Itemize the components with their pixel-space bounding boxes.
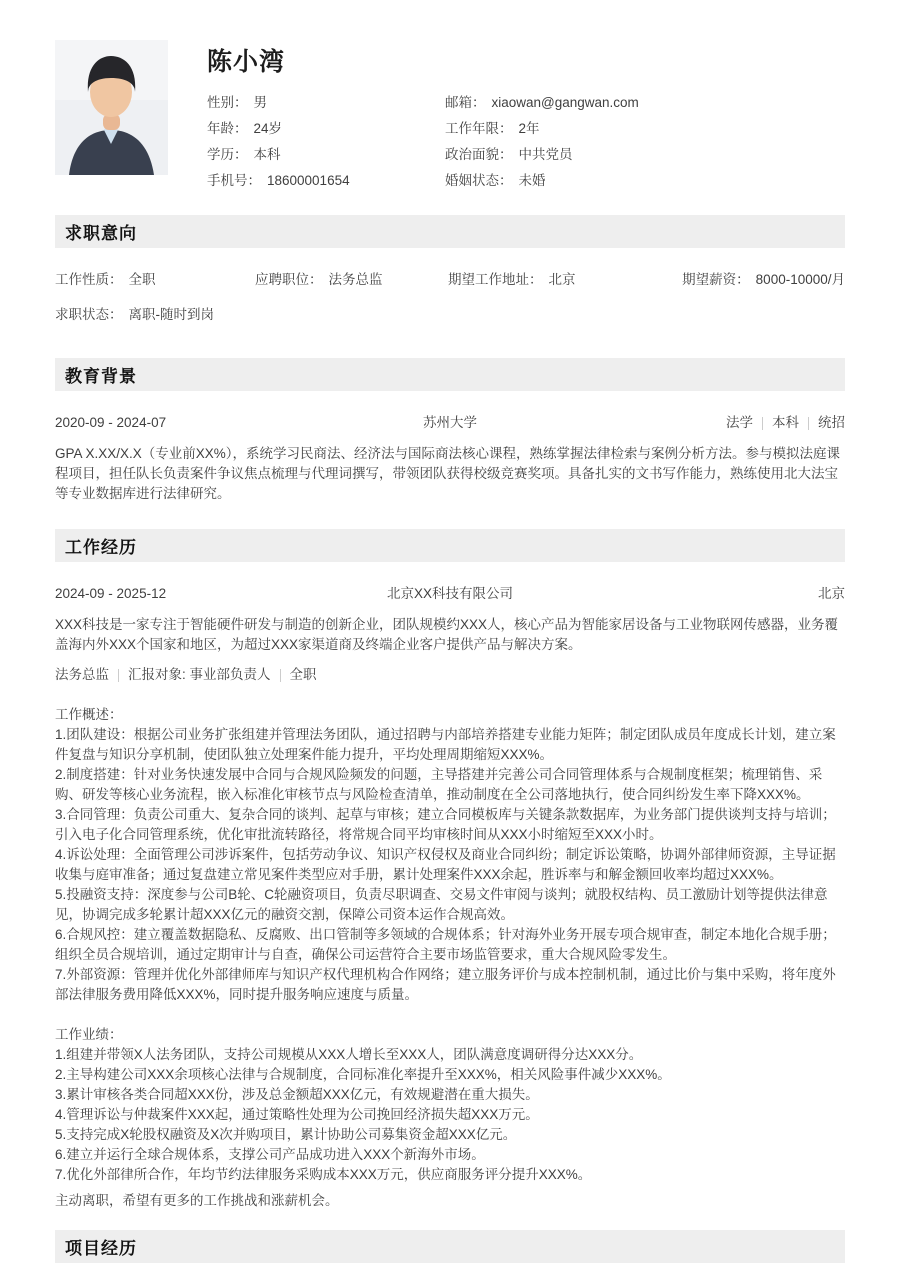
header-info: 陈小湾 性别：男 年龄：24岁 学历：本科 手机号：18600001654 邮箱… <box>207 40 845 190</box>
work-achievement-item: 6.建立并运行全球合规体系，支撑公司产品成功进入XXX个新海外市场。 <box>55 1145 845 1165</box>
work-achievement-item: 3.累计审核各类合同超XXX份，涉及总金额超XXX亿元，有效规避潜在重大损失。 <box>55 1085 845 1105</box>
education-description: GPA X.XX/X.X（专业前XX%），系统学习民商法、经济法与国际商法核心课… <box>55 444 845 504</box>
education-period: 2020-09 - 2024-07 <box>55 414 280 432</box>
info-email: 邮箱：xiaowan@gangwan.com <box>445 94 845 112</box>
info-label: 性别： <box>207 94 248 112</box>
header: 陈小湾 性别：男 年龄：24岁 学历：本科 手机号：18600001654 邮箱… <box>55 40 845 190</box>
info-label: 期望薪资： <box>682 271 750 289</box>
work-overview-item: 2.制度搭建：针对业务快速发展中合同与合规风险频发的问题，主导搭建并完善公司合同… <box>55 765 845 805</box>
work-achievement-item: 2.主导构建公司XXX余项核心法律与合规制度，合同标准化率提升至XXX%，相关风… <box>55 1065 845 1085</box>
basic-info-grid: 性别：男 年龄：24岁 学历：本科 手机号：18600001654 邮箱：xia… <box>207 94 845 190</box>
info-value: 2年 <box>519 120 540 138</box>
section-header-work: 工作经历 <box>55 529 845 562</box>
work-period: 2024-09 - 2025-12 <box>55 585 280 603</box>
work-achievement-item: 7.优化外部律所合作，年均节约法律服务采购成本XXX万元，供应商服务评分提升XX… <box>55 1165 845 1185</box>
info-gender: 性别：男 <box>207 94 445 112</box>
info-value: 北京 <box>549 271 576 289</box>
education-school: 苏州大学 <box>280 414 620 432</box>
divider <box>762 417 763 430</box>
info-label: 手机号： <box>207 172 261 190</box>
info-value: 本科 <box>254 146 281 164</box>
info-label: 年龄： <box>207 120 248 138</box>
target-position: 应聘职位：法务总监 <box>255 271 448 289</box>
work-company: 北京XX科技有限公司 <box>280 585 620 603</box>
info-label: 学历： <box>207 146 248 164</box>
section-header-project: 项目经历 <box>55 1230 845 1263</box>
work-meta-row: 2024-09 - 2025-12 北京XX科技有限公司 北京 <box>55 585 845 603</box>
job-intention-row-2: 求职状态：离职-随时到岗 <box>55 306 845 324</box>
education-degree: 本科 <box>772 414 799 432</box>
info-label: 工作性质： <box>55 271 123 289</box>
candidate-name: 陈小湾 <box>207 42 845 78</box>
work-location: 北京 <box>620 585 845 603</box>
divider <box>280 669 281 682</box>
work-overview-item: 6.合规风控：建立覆盖数据隐私、反腐败、出口管制等多领域的合规体系；针对海外业务… <box>55 925 845 965</box>
basic-info-right: 邮箱：xiaowan@gangwan.com 工作年限：2年 政治面貌：中共党员… <box>445 94 845 190</box>
section-title: 项目经历 <box>65 1234 137 1259</box>
info-degree: 学历：本科 <box>207 146 445 164</box>
education-major: 法学 <box>726 414 753 432</box>
info-label: 婚姻状态： <box>445 172 513 190</box>
work-achievement-item: 1.组建并带领X人法务团队，支持公司规模从XXX人增长至XXX人，团队满意度调研… <box>55 1045 845 1065</box>
work-overview-item: 7.外部资源：管理并优化外部律师库与知识产权代理机构合作网络；建立服务评价与成本… <box>55 965 845 1005</box>
section-header-job-intention: 求职意向 <box>55 215 845 248</box>
info-work-years: 工作年限：2年 <box>445 120 845 138</box>
education-meta-row: 2020-09 - 2024-07 苏州大学 法学 本科 统招 <box>55 414 845 432</box>
section-title: 工作经历 <box>65 533 137 558</box>
info-value: 全职 <box>129 271 156 289</box>
work-employment-type: 全职 <box>290 665 317 685</box>
info-label: 求职状态： <box>55 307 123 322</box>
divider <box>118 669 119 682</box>
work-overview-item: 5.投融资支持：深度参与公司B轮、C轮融资项目，负责尽职调查、交易文件审阅与谈判… <box>55 885 845 925</box>
work-achievement-label: 工作业绩： <box>55 1025 845 1045</box>
education-tags: 法学 本科 统招 <box>620 414 845 432</box>
info-value: 中共党员 <box>519 146 573 164</box>
info-value: 8000-10000/月 <box>756 271 845 289</box>
section-title: 求职意向 <box>65 219 137 244</box>
person-portrait-image <box>55 40 168 175</box>
section-title: 教育背景 <box>65 362 137 387</box>
work-overview-item: 3.合同管理：负责公司重大、复杂合同的谈判、起草与审核；建立合同模板库与关键条款… <box>55 805 845 845</box>
company-intro: XXX科技是一家专注于智能硬件研发与制造的创新企业，团队规模约XXX人，核心产品… <box>55 615 845 655</box>
work-overview-item: 1.团队建设：根据公司业务扩张组建并管理法务团队，通过招聘与内部培养搭建专业能力… <box>55 725 845 765</box>
info-value: 男 <box>254 94 268 112</box>
spacer <box>55 1005 845 1025</box>
info-label: 政治面貌： <box>445 146 513 164</box>
expected-salary: 期望薪资：8000-10000/月 <box>682 271 845 289</box>
education-enrollment-type: 统招 <box>818 414 845 432</box>
info-value: 离职-随时到岗 <box>129 307 215 322</box>
resume-page: 陈小湾 性别：男 年龄：24岁 学历：本科 手机号：18600001654 邮箱… <box>0 0 900 1275</box>
basic-info-left: 性别：男 年龄：24岁 学历：本科 手机号：18600001654 <box>207 94 445 190</box>
info-value: 24岁 <box>254 120 283 138</box>
info-label: 期望工作地址： <box>448 271 543 289</box>
work-overview-label: 工作概述： <box>55 705 845 725</box>
info-political-status: 政治面貌：中共党员 <box>445 146 845 164</box>
profile-photo <box>55 40 168 175</box>
work-overview-item: 4.诉讼处理：全面管理公司涉诉案件，包括劳动争议、知识产权侵权及商业合同纠纷；制… <box>55 845 845 885</box>
work-role-row: 法务总监 汇报对象: 事业部负责人 全职 <box>55 665 845 685</box>
divider <box>808 417 809 430</box>
work-achievement-item: 5.支持完成X轮股权融资及X次并购项目，累计协助公司募集资金超XXX亿元。 <box>55 1125 845 1145</box>
target-location: 期望工作地址：北京 <box>448 271 682 289</box>
work-description: 工作概述： 1.团队建设：根据公司业务扩张组建并管理法务团队，通过招聘与内部培养… <box>55 705 845 1211</box>
info-label: 工作年限： <box>445 120 513 138</box>
leave-reason: 主动离职，希望有更多的工作挑战和涨薪机会。 <box>55 1191 845 1211</box>
work-report-to: 汇报对象: 事业部负责人 <box>128 665 271 685</box>
info-age: 年龄：24岁 <box>207 120 445 138</box>
info-marital-status: 婚姻状态：未婚 <box>445 172 845 190</box>
info-phone: 手机号：18600001654 <box>207 172 445 190</box>
job-type: 工作性质：全职 <box>55 271 255 289</box>
job-intention-row-1: 工作性质：全职 应聘职位：法务总监 期望工作地址：北京 期望薪资：8000-10… <box>55 271 845 289</box>
info-value: 未婚 <box>519 172 546 190</box>
info-value: xiaowan@gangwan.com <box>492 94 639 112</box>
work-role: 法务总监 <box>55 665 109 685</box>
info-label: 邮箱： <box>445 94 486 112</box>
work-achievement-item: 4.管理诉讼与仲裁案件XXX起，通过策略性处理为公司挽回经济损失超XXX万元。 <box>55 1105 845 1125</box>
info-label: 应聘职位： <box>255 271 323 289</box>
info-value: 法务总监 <box>329 271 383 289</box>
section-header-education: 教育背景 <box>55 358 845 391</box>
info-value: 18600001654 <box>267 172 350 190</box>
